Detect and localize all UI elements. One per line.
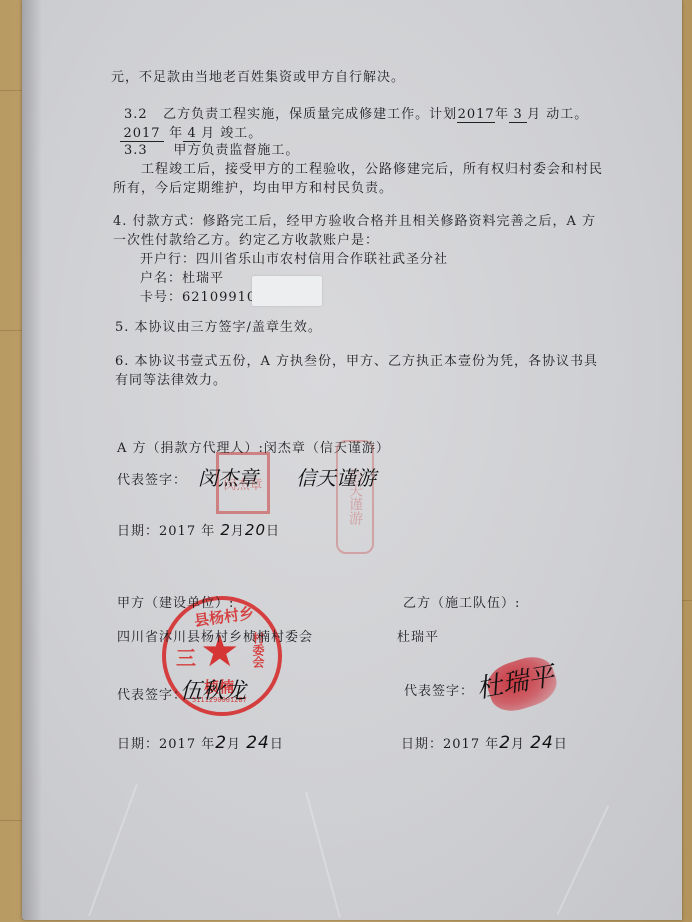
party-a-sign-label: 代表签字：: [117, 469, 187, 488]
party-a-date: 日期：2017 年 2月20日: [117, 520, 280, 539]
wood-grain: [682, 600, 692, 601]
month-suffix: 月: [227, 737, 241, 752]
start-month: 3: [509, 107, 527, 123]
seal-left-text: 三: [176, 642, 196, 671]
party-jia-title: 甲方（建设单位）:: [117, 592, 234, 611]
day-suffix: 日: [266, 524, 280, 539]
date-label: 日期：2017 年: [117, 524, 215, 539]
party-a-title: A 方（捐款方代理人）:闵杰章（信天谨游）: [117, 437, 390, 456]
year-char: 年: [495, 107, 509, 122]
date-day: 24: [246, 733, 270, 753]
tall-seal-stamp: 信天谨游: [336, 440, 374, 554]
party-yi-name: 杜瑞平: [397, 626, 439, 645]
bank-row: 开户行：四川省乐山市农村信用合作联社武圣分社: [140, 248, 448, 267]
bank-label: 开户行：: [140, 252, 196, 267]
clause-6-line1: 6. 本协议书壹式五份，A 方执叁份，甲方、乙方执正本壹份为凭，各协议书具: [115, 350, 598, 369]
party-jia-sign-label: 代表签字：: [117, 684, 187, 703]
date-month: 2: [220, 521, 231, 539]
party-a-signature-1: 闵杰章: [198, 462, 258, 491]
bank-value: 四川省乐山市农村信用合作联社武圣分社: [196, 252, 448, 267]
clause-4-line1: 4. 付款方式：修路完工后，经甲方验收合格并且相关修路资料完善之后，A 方: [113, 210, 596, 229]
line-continuation: 元，不足款由当地老百姓集资或甲方自行解决。: [111, 66, 405, 85]
paper-crease: [557, 805, 610, 915]
date-day: 20: [245, 521, 266, 539]
start-year: 2017: [457, 107, 495, 123]
date-day: 24: [530, 733, 554, 753]
account-name-value: 杜瑞平: [182, 271, 224, 286]
party-yi-sign-label: 代表签字：: [404, 680, 474, 699]
start-suffix: 月 动工。: [527, 107, 588, 122]
clause-text: 甲方负责监督施工。: [173, 143, 299, 158]
clause-3-3-para-line2: 所有，今后定期维护，均由甲方和村民负责。: [113, 177, 393, 196]
party-jia-signature: 伍秋龙: [180, 674, 246, 705]
paper-crease: [305, 792, 341, 918]
date-month: 2: [499, 733, 511, 753]
clause-3-3: 3.3 甲方负责监督施工。: [124, 139, 299, 158]
clause-4-line2: 一次性付款给乙方。约定乙方收款账户是：: [113, 229, 379, 248]
day-suffix: 日: [554, 737, 568, 752]
account-name-label: 户名：: [140, 271, 182, 286]
redaction-patch: [252, 276, 322, 306]
clause-5: 5. 本协议由三方签字/盖章生效。: [115, 316, 322, 335]
clause-text: 乙方负责工程实施，保质量完成修建工作。计划: [163, 107, 457, 122]
date-label: 日期：2017 年: [117, 737, 215, 752]
account-name-row: 户名：杜瑞平: [140, 267, 224, 286]
clause-number: 3.3: [124, 143, 148, 158]
paper-crease: [88, 784, 138, 916]
clause-6-line2: 有同等法律效力。: [115, 369, 227, 388]
clause-3-3-para-line1: 工程竣工后，接受甲方的工程验收，公路修建完后，所有权归村委会和村民: [141, 158, 603, 177]
card-label: 卡号：: [140, 290, 182, 305]
clause-3-2: 3.2 乙方负责工程实施，保质量完成修建工作。计划2017年3月 动工。: [124, 103, 588, 123]
party-jia-org: 四川省沐川县杨村乡桢楠村委会: [117, 626, 313, 645]
month-suffix: 月: [511, 737, 525, 752]
month-suffix: 月: [231, 524, 245, 539]
party-jia-date: 日期：2017 年2月 24日: [117, 733, 284, 753]
wood-grain: [0, 90, 22, 91]
day-suffix: 日: [270, 737, 284, 752]
party-a-signature-2: 信天谨游: [296, 462, 376, 491]
party-yi-title: 乙方（施工队伍）:: [403, 592, 520, 611]
wood-grain: [0, 330, 22, 331]
clause-number: 3.2: [124, 107, 148, 122]
party-yi-date: 日期：2017 年2月 24日: [401, 733, 568, 753]
date-month: 2: [215, 733, 227, 753]
wood-grain: [0, 820, 22, 821]
date-label: 日期：2017 年: [401, 737, 499, 752]
